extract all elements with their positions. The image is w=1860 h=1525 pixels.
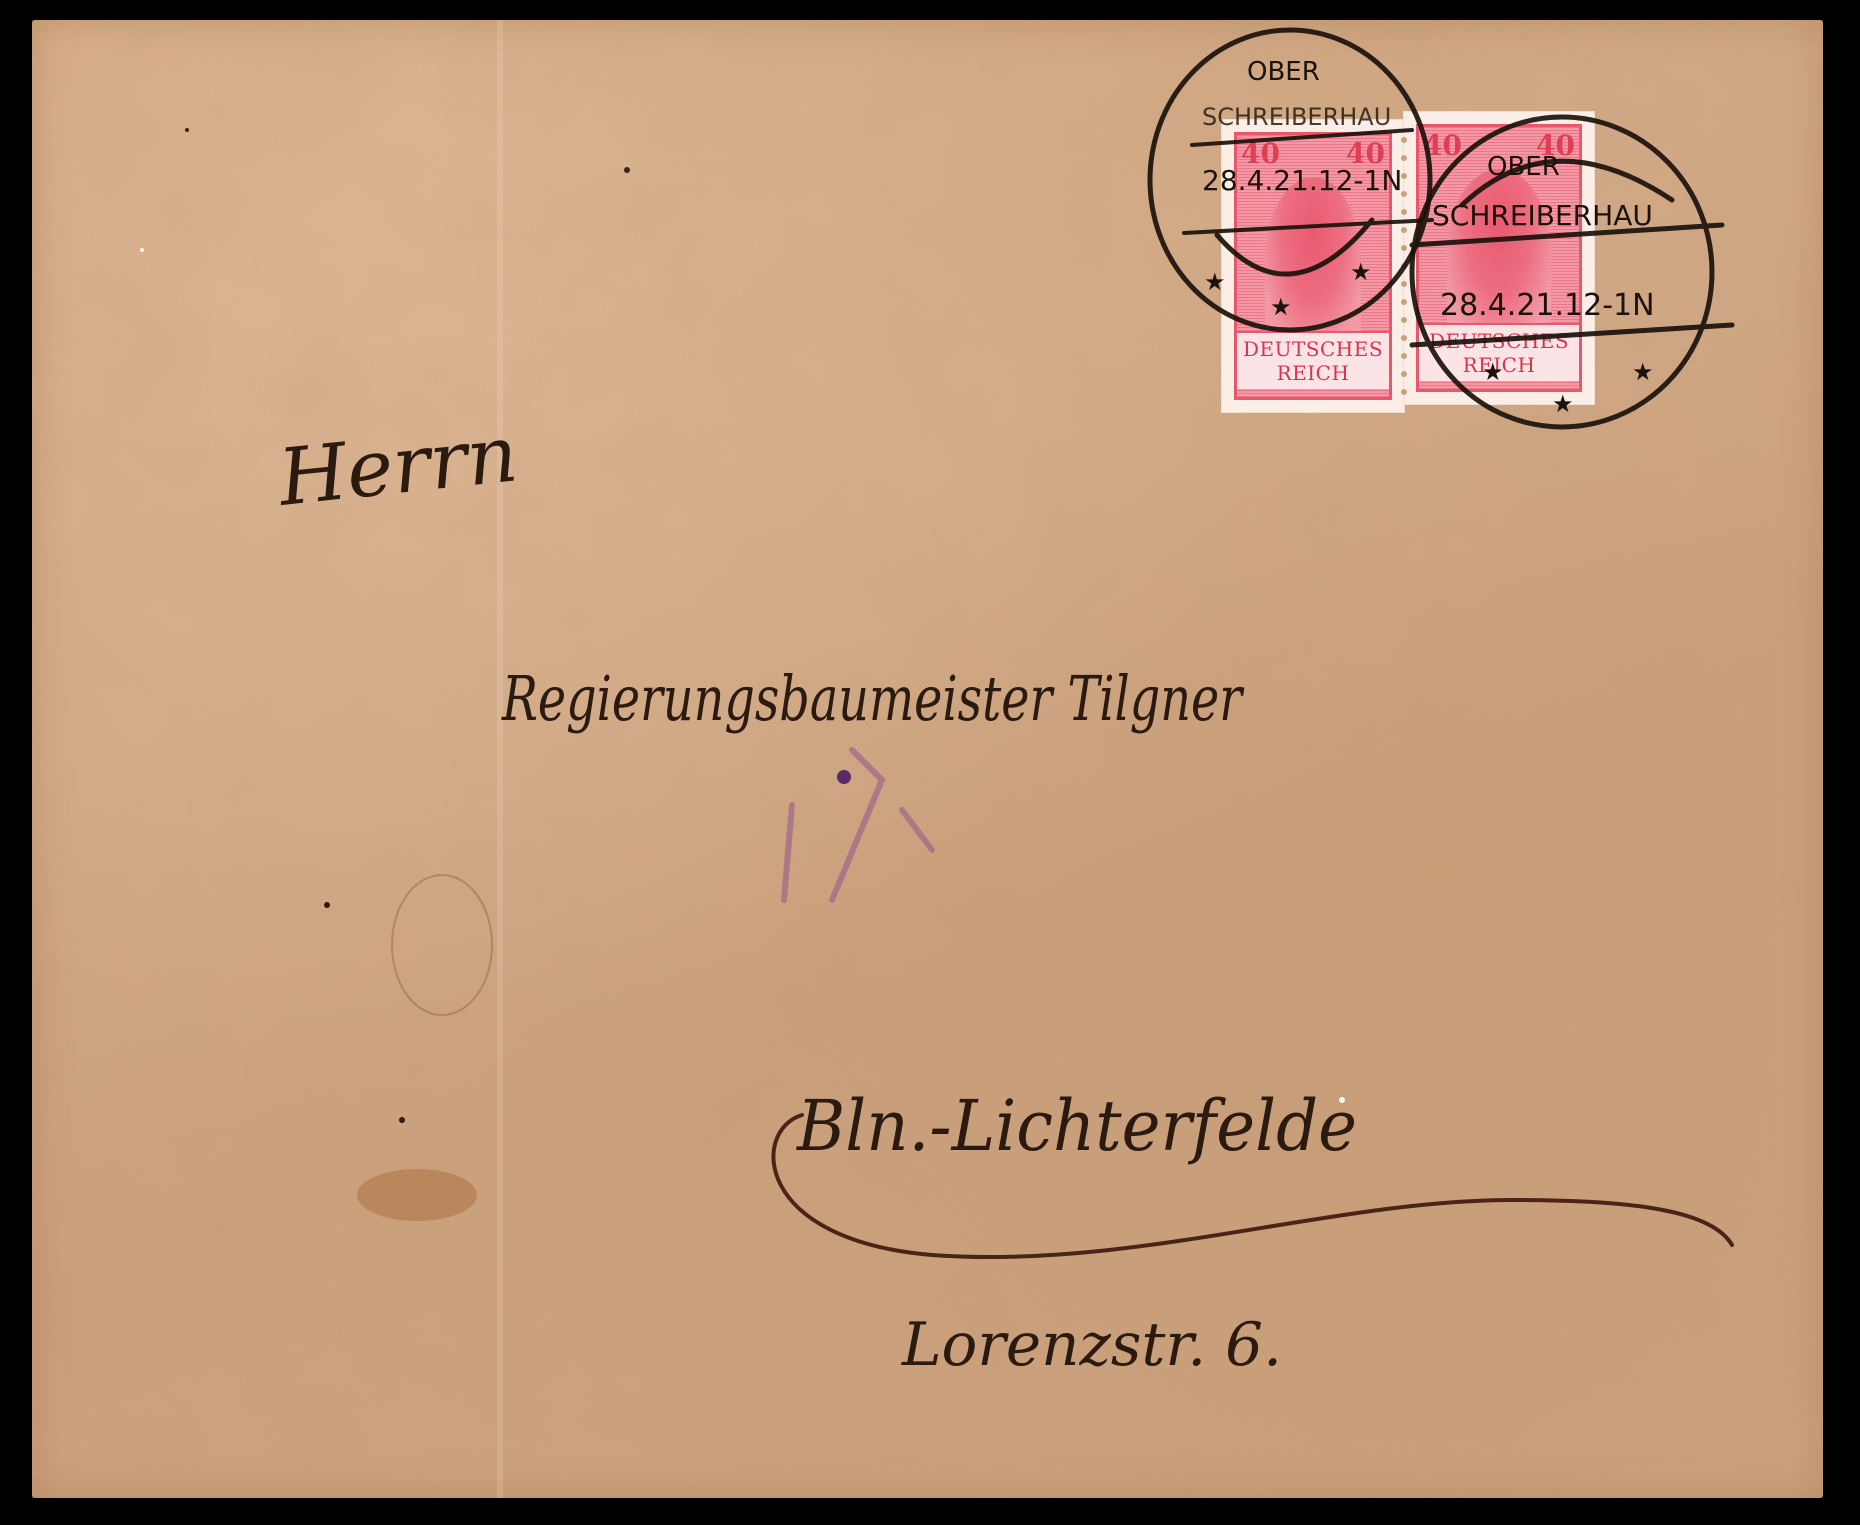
purple-pencil-mark: [784, 750, 932, 900]
address-name: Regierungsbaumeister Tilgner: [501, 662, 1244, 735]
postmark-2-date: 28.4.21.12-1N: [1440, 288, 1655, 323]
postmark-1-town-top: OBER: [1247, 57, 1320, 87]
envelope: 40 40 DEUTSCHES REICH 40 40 DEUTSCHES RE…: [32, 20, 1823, 1498]
handwritten-address: Herrn Regierungsbaumeister Tilgner Bln.-…: [273, 409, 1357, 1380]
postmark-2: [1412, 117, 1732, 427]
address-street: Lorenzstr. 6.: [901, 1310, 1282, 1380]
svg-text:★: ★: [1204, 268, 1226, 296]
svg-text:★: ★: [1482, 358, 1504, 386]
svg-text:★: ★: [1270, 293, 1292, 321]
svg-text:★: ★: [1350, 258, 1372, 286]
postmark-2-town: SCHREIBERHAU: [1432, 199, 1653, 232]
svg-text:★: ★: [1632, 358, 1654, 386]
postmark-1-town: SCHREIBERHAU: [1202, 103, 1391, 131]
ink-layer: OBER SCHREIBERHAU 28.4.21.12-1N ★★★ OBER…: [32, 20, 1823, 1498]
purple-dot: [837, 770, 851, 784]
address-city: Bln.-Lichterfelde: [795, 1085, 1357, 1167]
postmark-1-date: 28.4.21.12-1N: [1202, 164, 1402, 197]
address-salutation: Herrn: [273, 409, 522, 524]
svg-text:★: ★: [1552, 390, 1574, 418]
postmark-2-town-top: OBER: [1487, 152, 1560, 182]
